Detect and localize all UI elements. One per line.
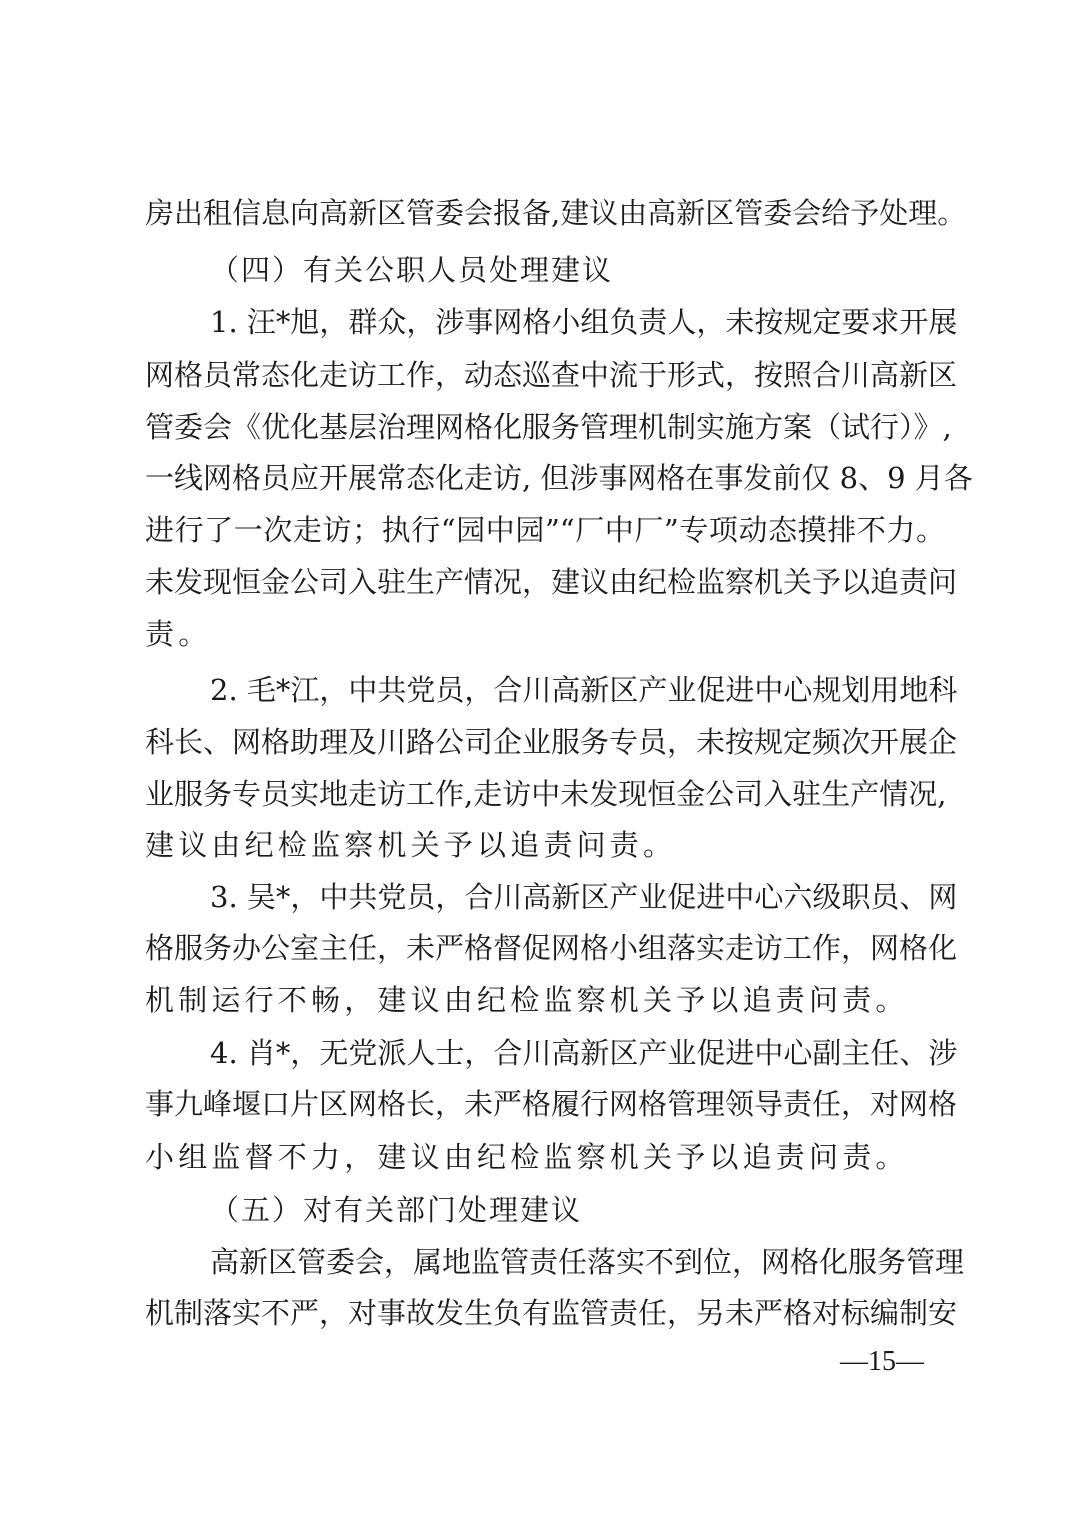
item-1-line: 1. 汪*旭，群众，涉事网格小组负责人，未按规定要求开展 [210,302,945,342]
item-4-line-end: 小组监督不力，建议由纪检监察机关予以追责问责。 [145,1137,945,1177]
section-heading-4: （四）有关公职人员处理建议 [210,250,945,290]
item-2-line: 业服务专员实地走访工作,走访中未发现恒金公司入驻生产情况, [145,774,945,814]
item-2-line: 科长、网格助理及川路公司企业服务专员，未按规定频次开展企 [145,722,945,762]
document-page: 房出租信息向高新区管委会报备,建议由高新区管委会给予处理。 （四）有关公职人员处… [0,0,1074,1520]
item-1-line: 进行了一次走访；执行“园中园”“厂中厂”专项动态摸排不力。 [145,510,945,550]
item-1-line: 未发现恒金公司入驻生产情况，建议由纪检监察机关予以追责问 [145,562,945,602]
item-3-line: 3. 吴*，中共党员，合川高新区产业促进中心六级职员、网 [210,877,945,917]
item-4-line: 4. 肖*，无党派人士，合川高新区产业促进中心副主任、涉 [210,1033,945,1073]
item-1-line: 一线网格员应开展常态化走访, 但涉事网格在事发前仅 8、9 月各 [145,458,945,498]
section-5-line: 高新区管委会，属地监管责任落实不到位，网格化服务管理 [210,1242,945,1282]
section-heading-5: （五）对有关部门处理建议 [210,1190,945,1230]
page-number: —15— [840,1346,924,1378]
item-3-line: 格服务办公室主任，未严格督促网格小组落实走访工作，网格化 [145,928,945,968]
item-4-line: 事九峰堰口片区网格长，未严格履行网格管理领导责任，对网格 [145,1084,945,1124]
item-3-line-end: 机制运行不畅，建议由纪检监察机关予以追责问责。 [145,980,945,1020]
item-1-line: 管委会《优化基层治理网格化服务管理机制实施方案（试行）》, [145,407,945,447]
item-1-line: 网格员常态化走访工作，动态巡查中流于形式，按照合川高新区 [145,355,945,395]
item-2-line-end: 建议由纪检监察机关予以追责问责。 [145,825,945,865]
item-1-line-end: 责。 [145,614,945,654]
item-2-line: 2. 毛*江，中共党员，合川高新区产业促进中心规划用地科 [210,670,945,710]
paragraph-line-continuation: 房出租信息向高新区管委会报备,建议由高新区管委会给予处理。 [145,193,945,233]
section-5-line: 机制落实不严，对事故发生负有监管责任，另未严格对标编制安 [145,1293,945,1333]
